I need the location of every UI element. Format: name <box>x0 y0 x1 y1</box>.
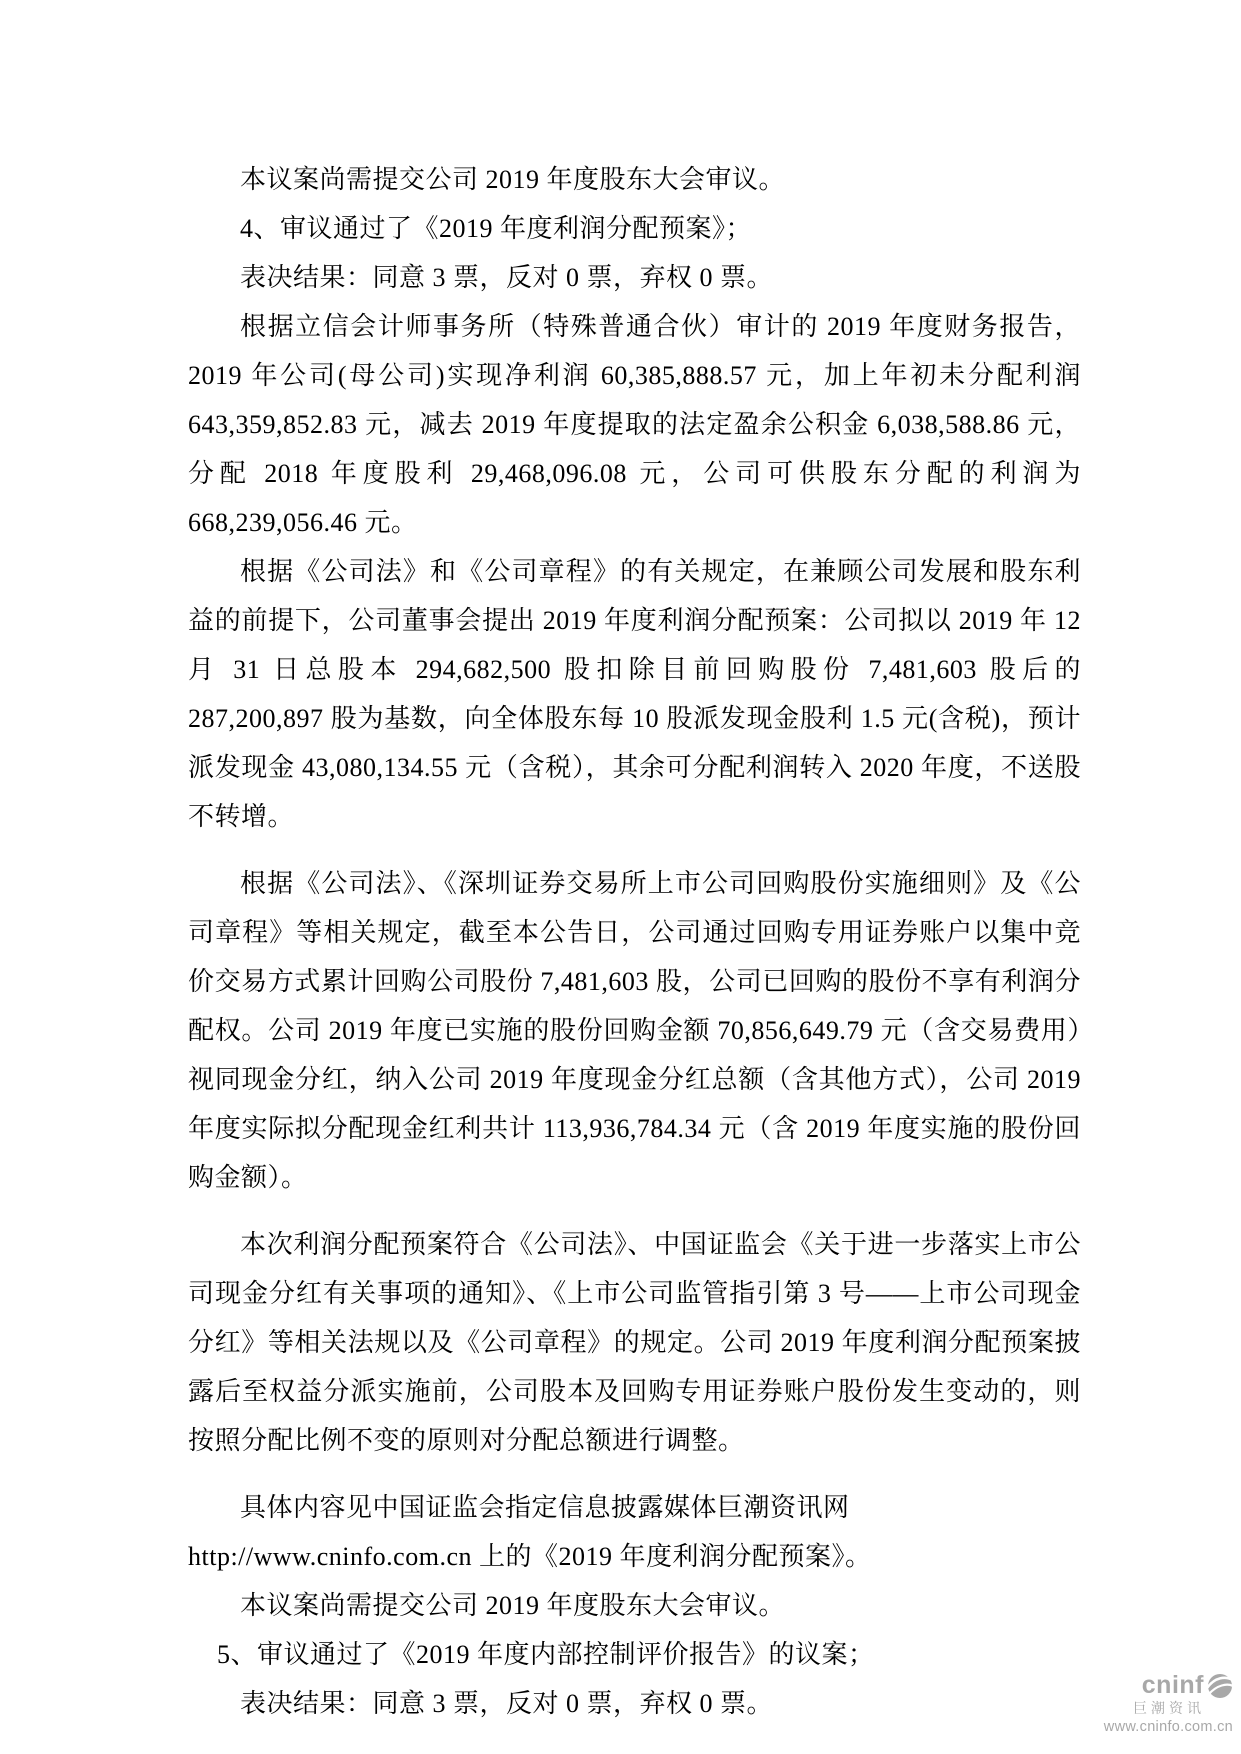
paragraph-audit-profit: 根据立信会计师事务所（特殊普通合伙）审计的 2019 年度财务报告，2019 年… <box>188 302 1081 547</box>
cninfo-globe-icon <box>1207 1673 1233 1699</box>
paragraph-distribution-plan: 根据《公司法》和《公司章程》的有关规定，在兼顾公司发展和股东利益的前提下，公司董… <box>188 547 1081 841</box>
cninfo-chinese-name: 巨潮资讯 <box>1104 1702 1205 1716</box>
paragraph-item5-title: 5、审议通过了《2019 年度内部控制评价报告》的议案； <box>188 1630 1081 1679</box>
cninfo-site-url: www.cninfo.com.cn <box>1104 1720 1233 1735</box>
paragraph-submit-notice-2: 本议案尚需提交公司 2019 年度股东大会审议。 <box>188 1581 1081 1630</box>
paragraph-vote-result-2: 表决结果：同意 3 票，反对 0 票，弃权 0 票。 <box>188 1679 1081 1728</box>
document-body: 本议案尚需提交公司 2019 年度股东大会审议。 4、审议通过了《2019 年度… <box>188 155 1081 1728</box>
paragraph-item4-title: 4、审议通过了《2019 年度利润分配预案》； <box>188 204 1081 253</box>
paragraph-vote-result: 表决结果：同意 3 票，反对 0 票，弃权 0 票。 <box>188 253 1081 302</box>
paragraph-disclosure-url: http://www.cninfo.com.cn 上的《2019 年度利润分配预… <box>188 1532 1081 1581</box>
document-page: 本议案尚需提交公司 2019 年度股东大会审议。 4、审议通过了《2019 年度… <box>0 0 1241 1754</box>
paragraph-buyback-details: 根据《公司法》、《深圳证券交易所上市公司回购股份实施细则》及《公司章程》等相关规… <box>188 859 1081 1202</box>
paragraph-submit-notice: 本议案尚需提交公司 2019 年度股东大会审议。 <box>188 155 1081 204</box>
cninfo-watermark: cninf 巨潮资讯 www.cninfo.com.cn <box>1104 1673 1233 1735</box>
paragraph-disclosure-media: 具体内容见中国证监会指定信息披露媒体巨潮资讯网 <box>188 1483 1081 1532</box>
paragraph-regulation-compliance: 本次利润分配预案符合《公司法》、中国证监会《关于进一步落实上市公司现金分红有关事… <box>188 1220 1081 1465</box>
cninfo-brand-text: cninf <box>1142 1673 1204 1698</box>
